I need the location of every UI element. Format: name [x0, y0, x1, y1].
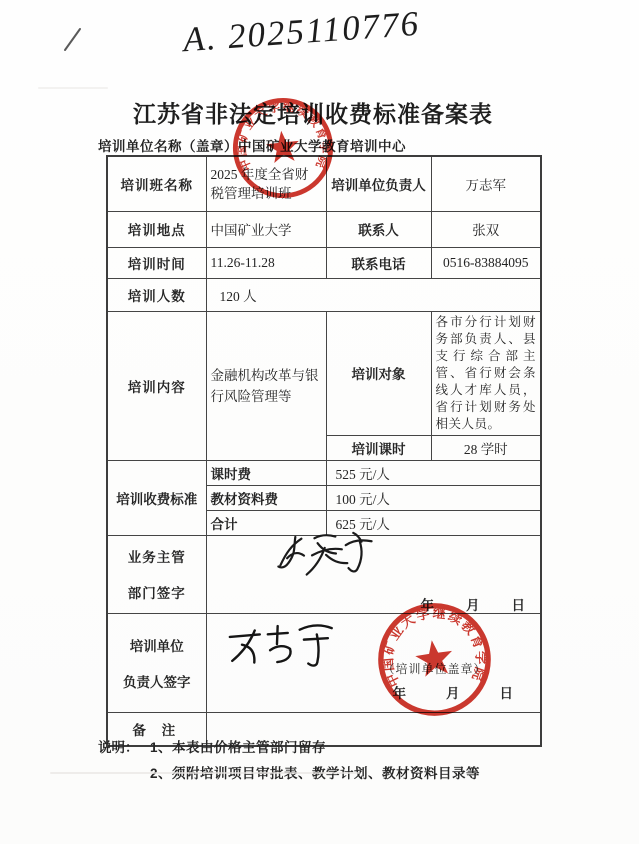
fee-item-name: 教材资料费: [206, 485, 326, 510]
official-seal-top: 中国矿业大学继续教育学院: [226, 91, 340, 205]
location-value: 中国矿业大学: [206, 211, 326, 247]
phone-label: 联系电话: [326, 247, 431, 278]
audience-value: 各市分行计划财务部负责人、县支行综合部主管、省行财会条线人才库人员，省行计划财务…: [431, 311, 541, 435]
seal-star: [265, 129, 301, 164]
day-label: 日: [500, 682, 514, 702]
scan-smudge: [50, 772, 360, 774]
day-label: 日: [512, 594, 526, 614]
unit-sign-label-line2: 负责人签字: [123, 671, 191, 691]
pen-slash-mark: [58, 24, 88, 58]
seal-star: [413, 638, 455, 678]
fee-item-name: 课时费: [206, 460, 326, 485]
fees-label: 培训收费标准: [107, 460, 206, 535]
note-line-1: 1、本表由价格主管部门留存: [150, 736, 326, 756]
content-value: 金融机构改革与银行风险管理等: [206, 311, 326, 460]
class-name-label: 培训班名称: [107, 156, 206, 211]
phone-value: 0516-83884095: [431, 247, 541, 278]
fee-item-value: 525 元/人: [326, 460, 541, 485]
table-row: 培训收费标准 课时费 525 元/人: [107, 460, 541, 485]
notes-label: 说明：: [98, 736, 139, 756]
table-row: 培训人数 120 人: [107, 278, 541, 311]
time-label: 培训时间: [107, 247, 206, 278]
time-value: 11.26-11.28: [206, 247, 326, 278]
unit-sign-label: 培训单位 负责人签字: [107, 613, 206, 712]
scan-smudge: [38, 87, 108, 89]
headcount-label: 培训人数: [107, 278, 206, 311]
fee-item-value: 100 元/人: [326, 485, 541, 510]
dept-sign-label-line1: 业务主管: [128, 546, 186, 566]
hours-value: 28 学时: [431, 435, 541, 460]
unit-head-label: 培训单位负责人: [326, 156, 431, 211]
table-row: 培训内容 金融机构改革与银行风险管理等 培训对象 各市分行计划财务部负责人、县支…: [107, 311, 541, 435]
official-seal-bottom: 中国矿业大学继续教育学院: [368, 593, 500, 725]
dept-signature-handwriting: [267, 526, 377, 584]
hours-label: 培训课时: [326, 435, 431, 460]
dept-sign-label: 业务主管 部门签字: [107, 535, 206, 613]
scanned-form-page: A. 2025110776 江苏省非法定培训收费标准备案表 培训单位名称（盖章）…: [0, 0, 639, 844]
table-row: 培训时间 11.26-11.28 联系电话 0516-83884095: [107, 247, 541, 278]
contact-label: 联系人: [326, 211, 431, 247]
audience-label: 培训对象: [326, 311, 431, 435]
unit-head-value: 万志军: [431, 156, 541, 211]
headcount-value: 120 人: [206, 278, 541, 311]
content-label: 培训内容: [107, 311, 206, 460]
unit-signature-handwriting: [224, 619, 343, 673]
contact-value: 张双: [431, 211, 541, 247]
unit-sign-label-line1: 培训单位: [130, 635, 184, 655]
handwritten-register-code: A. 2025110776: [182, 4, 422, 60]
dept-sign-label-line2: 部门签字: [128, 582, 186, 602]
location-label: 培训地点: [107, 211, 206, 247]
table-row: 培训地点 中国矿业大学 联系人 张双: [107, 211, 541, 247]
